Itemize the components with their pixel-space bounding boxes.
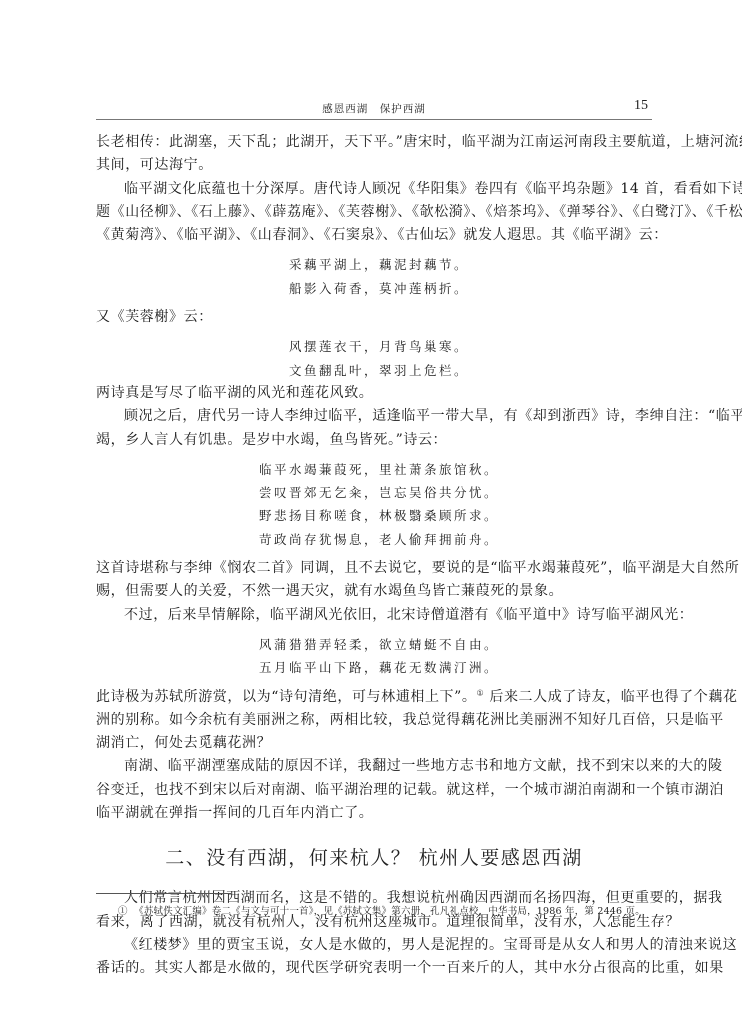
text-line: 此诗极为苏轼所游赏，以为“诗句清绝，可与林逋相上下”。① 后来二人成了诗友，临平…	[96, 686, 652, 709]
poem-line: 风摆莲衣干，月背鸟巢寒。	[96, 335, 652, 358]
text-line: 《黄菊湾》、《临平湖》、《山春洞》、《石窦泉》、《古仙坛》就发人遐思。其《临平湖…	[96, 224, 652, 247]
paragraph-8: 此诗极为苏轼所游赏，以为“诗句清绝，可与林逋相上下”。① 后来二人成了诗友，临平…	[96, 686, 652, 756]
poem-furongxie: 风摆莲衣干，月背鸟巢寒。 文鱼翻乱叶，翠羽上危栏。	[96, 335, 652, 382]
footnote: ① 《苏轼佚文汇编》卷二《与文与可十一首》，见《苏轼文集》第六册，孔凡礼点校，中…	[118, 903, 645, 917]
running-header: 感恩西湖 保护西湖 15	[96, 98, 652, 116]
poem-line: 船影入荷香，莫冲莲柄折。	[96, 277, 652, 300]
poem-line: 采藕平湖上，藕泥封藕节。	[96, 253, 652, 276]
running-header-title: 感恩西湖 保护西湖	[96, 101, 652, 116]
poem-line: 文鱼翻乱叶，翠羽上危栏。	[96, 359, 652, 382]
poem-linpinghu: 采藕平湖上，藕泥封藕节。 船影入荷香，莫冲莲柄折。	[96, 253, 652, 300]
text-line: 湖消亡，何处去觅藕花洲？	[96, 732, 652, 755]
text-span: 此诗极为苏轼所游赏，以为“诗句清绝，可与林逋相上下”。	[96, 689, 477, 705]
poem-quedaozhexi: 临平水竭蒹葭死，里社萧条旅馆秋。 尝叹晋郊无乞籴，岂忘吴俗共分忧。 野悲扬目称嗟…	[96, 458, 652, 551]
paragraph-9: 南湖、临平湖湮塞成陆的原因不详，我翻过一些地方志书和地方文献，找不到宋以来的大的…	[96, 755, 652, 825]
section-heading: 二、没有西湖，何来杭人？ 杭州人要感恩西湖	[96, 843, 652, 873]
text-line: 长老相传：此湖塞，天下乱；此湖开，天下平。”唐宋时，临平湖为江南运河南段主要航道…	[96, 131, 652, 154]
text-line: 南湖、临平湖湮塞成陆的原因不详，我翻过一些地方志书和地方文献，找不到宋以来的大的…	[96, 755, 652, 778]
text-line: 顾况之后，唐代另一诗人李绅过临平，适逢临平一带大旱，有《却到浙西》诗，李绅自注：…	[96, 405, 652, 428]
text-line: 临平湖文化底蕴也十分深厚。唐代诗人顾况《华阳集》卷四有《临平坞杂题》14 首，看…	[96, 178, 652, 201]
text-line: 赐，但需要人的关爱，不然一遇天灾，就有水竭鱼鸟皆亡蒹葭死的景象。	[96, 580, 652, 603]
book-page: 感恩西湖 保护西湖 15 长老相传：此湖塞，天下乱；此湖开，天下平。”唐宋时，临…	[0, 0, 742, 1014]
poem-line: 风蒲猎猎弄轻柔，欲立蜻蜓不自由。	[96, 633, 652, 656]
text-line: 临平湖就在弹指一挥间的几百年内消亡了。	[96, 802, 652, 825]
page-body: 长老相传：此湖塞，天下乱；此湖开，天下平。”唐宋时，临平湖为江南运河南段主要航道…	[96, 131, 652, 981]
text-line: 不过，后来旱情解除，临平湖风光依旧，北宋诗僧道潜有《临平道中》诗写临平湖风光：	[96, 604, 652, 627]
paragraph-7: 不过，后来旱情解除，临平湖风光依旧，北宋诗僧道潜有《临平道中》诗写临平湖风光：	[96, 604, 652, 627]
poem-line: 临平水竭蒹葭死，里社萧条旅馆秋。	[96, 458, 652, 481]
header-rule	[96, 119, 652, 120]
paragraph-6: 这首诗堪称与李绅《悯农二首》同调，且不去说它，要说的是“临平水竭蒹葭死”，临平湖…	[96, 557, 652, 604]
text-line: 《红楼梦》里的贾宝玉说，女人是水做的，男人是泥捏的。宝哥哥是从女人和男人的清浊来…	[96, 934, 652, 957]
poem-line: 尝叹晋郊无乞籴，岂忘吴俗共分忧。	[96, 481, 652, 504]
footnote-mark: ①	[118, 906, 128, 917]
page-number: 15	[634, 98, 648, 114]
poem-line: 野悲扬目称嗟食，林极翳桑顾所求。	[96, 504, 652, 527]
text-line: 竭，乡人言人有饥患。是岁中水竭，鱼鸟皆死。”诗云：	[96, 429, 652, 452]
text-line: 题《山径柳》、《石上藤》、《薜荔庵》、《芙蓉榭》、《欹松漪》、《焙茶坞》、《弹琴…	[96, 201, 652, 224]
text-line: 又《芙蓉榭》云：	[96, 306, 652, 329]
text-span: 后来二人成了诗友，临平也得了个藕花	[484, 689, 737, 705]
poem-line: 苛政尚存犹惕息，老人偷拜拥前舟。	[96, 528, 652, 551]
paragraph-2: 临平湖文化底蕴也十分深厚。唐代诗人顾况《华阳集》卷四有《临平坞杂题》14 首，看…	[96, 178, 652, 248]
section-paragraph-2: 《红楼梦》里的贾宝玉说，女人是水做的，男人是泥捏的。宝哥哥是从女人和男人的清浊来…	[96, 934, 652, 981]
paragraph-4: 两诗真是写尽了临平湖的风光和莲花风致。	[96, 382, 652, 405]
text-line: 其间，可达海宁。	[96, 154, 652, 177]
text-line: 两诗真是写尽了临平湖的风光和莲花风致。	[96, 382, 652, 405]
text-line: 洲的别称。如今余杭有美丽洲之称，两相比较，我总觉得藕花洲比美丽洲不知好几百倍，只…	[96, 709, 652, 732]
paragraph-3: 又《芙蓉榭》云：	[96, 306, 652, 329]
footnote-rule	[96, 893, 231, 894]
paragraph-1: 长老相传：此湖塞，天下乱；此湖开，天下平。”唐宋时，临平湖为江南运河南段主要航道…	[96, 131, 652, 178]
paragraph-5: 顾况之后，唐代另一诗人李绅过临平，适逢临平一带大旱，有《却到浙西》诗，李绅自注：…	[96, 405, 652, 452]
text-line: 谷变迁，也找不到宋以后对南湖、临平湖治理的记载。就这样，一个城市湖泊南湖和一个镇…	[96, 779, 652, 802]
text-line: 这首诗堪称与李绅《悯农二首》同调，且不去说它，要说的是“临平水竭蒹葭死”，临平湖…	[96, 557, 652, 580]
poem-line: 五月临平山下路，藕花无数满汀洲。	[96, 656, 652, 679]
text-line: 番话的。其实人都是水做的，现代医学研究表明一个一百来斤的人，其中水分占很高的比重…	[96, 957, 652, 980]
poem-linpingdaozhong: 风蒲猎猎弄轻柔，欲立蜻蜓不自由。 五月临平山下路，藕花无数满汀洲。	[96, 633, 652, 680]
footnote-text: 《苏轼佚文汇编》卷二《与文与可十一首》，见《苏轼文集》第六册，孔凡礼点校，中华书…	[134, 906, 645, 917]
